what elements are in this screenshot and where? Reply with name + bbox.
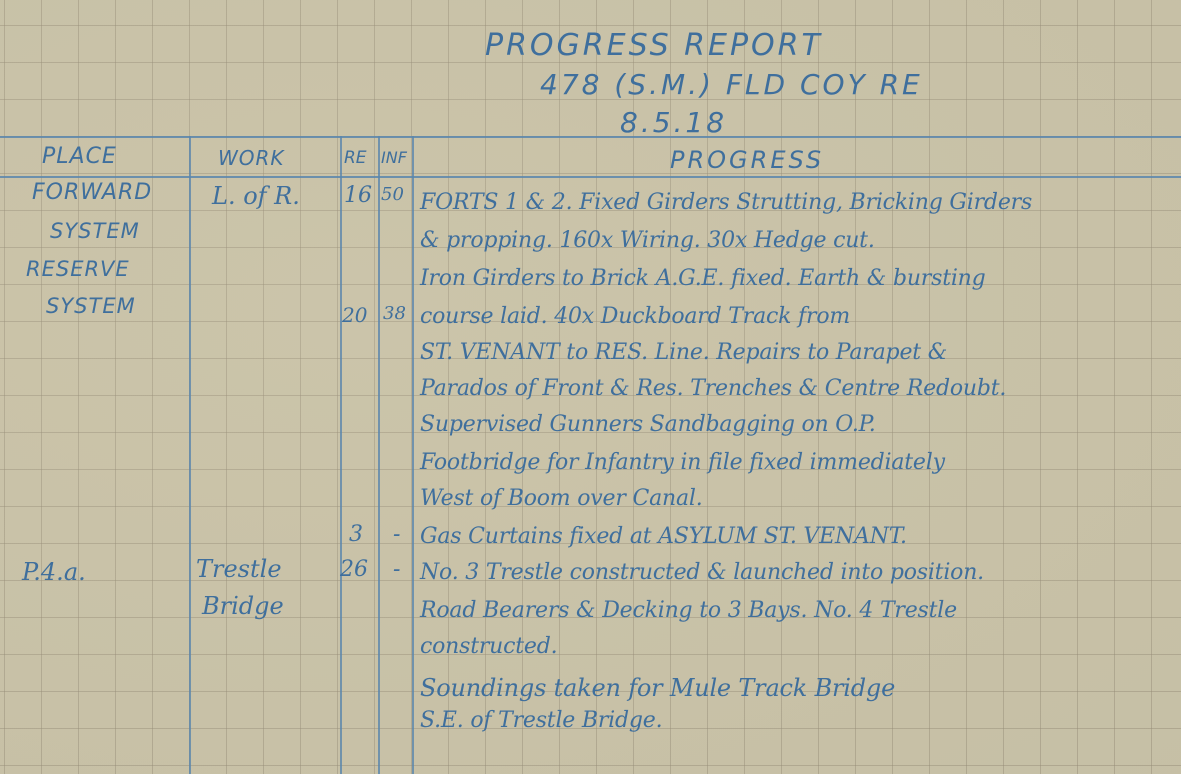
header-place: PLACE (42, 144, 117, 169)
row1-progress-line1: FORTS 1 & 2. Fixed Girders Strutting, Br… (420, 190, 1032, 215)
row1-place-line1: FORWARD (32, 180, 152, 205)
header-work: WORK (218, 146, 285, 170)
report-date: 8.5.18 (620, 106, 727, 139)
unit-name: 478 (S.M.) FLD COY RE (540, 68, 923, 101)
column-divider-re-inf (378, 136, 380, 774)
report-title: PROGRESS REPORT (485, 28, 823, 63)
row2-progress-line5: S.E. of Trestle Bridge. (420, 708, 662, 733)
row2-inf: - (393, 557, 400, 582)
row1-progress-line8: Footbridge for Infantry in file fixed im… (420, 450, 945, 475)
row2-place: P.4.a. (22, 558, 86, 586)
header-bottom-rule (0, 176, 1181, 178)
header-top-rule (0, 136, 1181, 138)
row1-place-line2: SYSTEM (50, 219, 140, 243)
row1-progress-line10: Gas Curtains fixed at ASYLUM ST. VENANT. (420, 524, 907, 549)
row1-re-3: 3 (349, 522, 363, 547)
column-divider-work-re (340, 136, 342, 774)
row1-inf-3: - (393, 522, 400, 547)
column-divider-place-work (189, 136, 191, 774)
row1-re-1: 16 (344, 183, 372, 208)
row1-re-2: 20 (342, 303, 367, 327)
row2-progress-line2: Road Bearers & Decking to 3 Bays. No. 4 … (420, 598, 957, 623)
row1-inf-1: 50 (381, 184, 404, 205)
row1-progress-line9: West of Boom over Canal. (420, 486, 703, 511)
row1-place-line4: SYSTEM (46, 294, 136, 318)
row1-progress-line2: & propping. 160x Wiring. 30x Hedge cut. (420, 228, 875, 253)
row2-re: 26 (340, 557, 368, 582)
column-divider-inf-progress (412, 136, 414, 774)
row1-progress-line6: Parados of Front & Res. Trenches & Centr… (420, 376, 1006, 401)
row1-progress-line3: Iron Girders to Brick A.G.E. fixed. Eart… (420, 266, 986, 291)
row1-progress-line4: course laid. 40x Duckboard Track from (420, 304, 850, 329)
row1-work: L. of R. (212, 182, 300, 210)
row1-progress-line7: Supervised Gunners Sandbagging on O.P. (420, 412, 876, 437)
row1-inf-2: 38 (383, 303, 406, 324)
row2-progress-line1: No. 3 Trestle constructed & launched int… (420, 560, 984, 585)
row2-work-line1: Trestle (196, 555, 282, 583)
row2-progress-line4: Soundings taken for Mule Track Bridge (420, 674, 895, 702)
row2-progress-line3: constructed. (420, 634, 557, 659)
row2-work-line2: Bridge (202, 592, 284, 620)
row1-place-line3: RESERVE (26, 257, 130, 281)
row1-progress-line5: ST. VENANT to RES. Line. Repairs to Para… (420, 340, 947, 365)
header-progress: PROGRESS (670, 146, 824, 174)
header-re: RE (344, 148, 367, 168)
header-inf: INF (381, 148, 407, 167)
